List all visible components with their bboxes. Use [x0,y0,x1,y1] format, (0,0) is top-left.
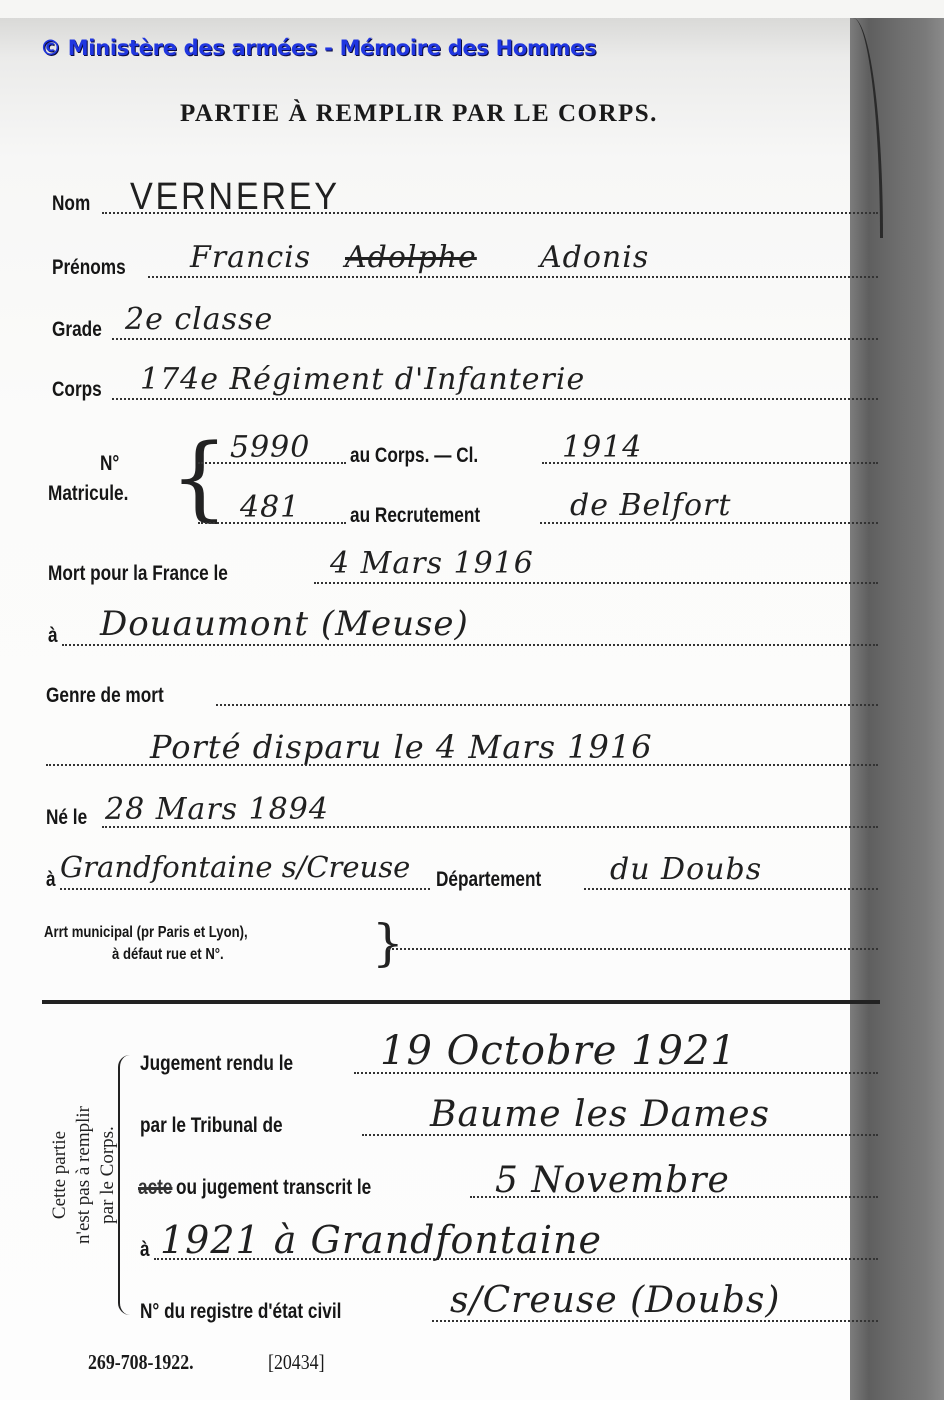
departement-label: Département [436,868,541,892]
scan-bottom-margin [0,1400,944,1417]
jugement-bracket [118,1055,132,1315]
prenoms-dotted-line [148,276,878,278]
arrondissement-dotted-line [388,948,878,950]
prenoms-label: Prénoms [52,256,126,280]
corps-number-value: 5990 [230,430,310,465]
grade-label: Grade [52,318,102,342]
form-print-code: 269-708-1922. [88,1350,194,1375]
mort-le-dotted-line [314,582,878,584]
section-separator [42,1000,880,1004]
jugement-rendu-label: Jugement rendu le [140,1052,293,1076]
corps-value: 174e Régiment d'Infanterie [140,362,585,397]
transcrit-a-value: 1921 à Grandfontaine [160,1218,602,1262]
side-note-line-2: n'est pas à remplir [72,1065,96,1285]
tribunal-value: Baume les Dames [430,1094,770,1135]
grade-value: 2e classe [125,302,273,337]
matricule-brace: { [170,432,229,524]
nom-label: Nom [52,192,90,216]
tribunal-label: par le Tribunal de [140,1114,283,1138]
acte-label-struck: acte [138,1176,172,1200]
registre-value: s/Creuse (Doubs) [450,1280,780,1321]
registre-label: N° du registre d'état civil [140,1300,341,1324]
mort-a-dotted-line [62,644,878,646]
ne-le-value: 28 Mars 1894 [105,792,329,827]
recrutement-value: de Belfort [570,488,731,523]
ne-a-dotted-line [60,888,430,890]
transcrit-a-label: à [140,1238,150,1262]
corps-label: Corps [52,378,102,402]
side-note-line-1: Cette partie [48,1065,72,1285]
genre-de-mort-label: Genre de mort [46,684,164,708]
grade-dotted-line [112,338,878,340]
prenoms-value-first: Francis [190,240,311,275]
ne-a-label: à [46,868,56,892]
transcrit-label: ou jugement transcrit le [176,1176,371,1200]
copyright-watermark: © Ministère des armées - Mémoire des Hom… [40,36,596,60]
genre-de-mort-value: Porté disparu le 4 Mars 1916 [150,728,653,766]
matricule-label-no: N° [100,452,119,476]
arrondissement-label-line1: Arrt municipal (pr Paris et Lyon), [44,924,248,942]
recrutement-number-value: 481 [240,490,300,525]
mort-le-value: 4 Mars 1916 [330,546,534,581]
prenoms-value-struck: Adolphe [345,240,477,275]
mort-a-value: Douaumont (Meuse) [100,604,469,644]
genre-de-mort-dotted-line-1 [216,704,878,706]
au-corps-label: au Corps. — Cl. [350,444,478,468]
ne-a-value: Grandfontaine s/Creuse [60,850,410,884]
arrondissement-brace: } [372,918,404,968]
departement-value: du Doubs [610,852,762,887]
side-note-not-for-corps: Cette partie n'est pas à remplir par le … [48,1065,120,1285]
nom-value: VERNEREY [130,176,340,219]
transcrit-value: 5 Novembre [495,1160,730,1201]
au-recrutement-label: au Recrutement [350,504,480,528]
arrondissement-label-line2: à défaut rue et N°. [112,946,224,964]
ne-le-label: Né le [46,806,87,830]
classe-value: 1914 [562,430,642,465]
side-note-line-3: par le Corps. [96,1065,120,1285]
mort-le-label: Mort pour la France le [48,562,228,586]
departement-dotted-line [584,888,878,890]
prenoms-value-second: Adonis [540,240,649,275]
form-print-reference: [20434] [268,1350,325,1375]
form-title: PARTIE À REMPLIR PAR LE CORPS. [180,100,658,128]
corps-dotted-line [112,398,878,400]
matricule-label: Matricule. [48,482,128,506]
jugement-rendu-value: 19 Octobre 1921 [380,1028,737,1074]
mort-a-label: à [48,624,58,648]
